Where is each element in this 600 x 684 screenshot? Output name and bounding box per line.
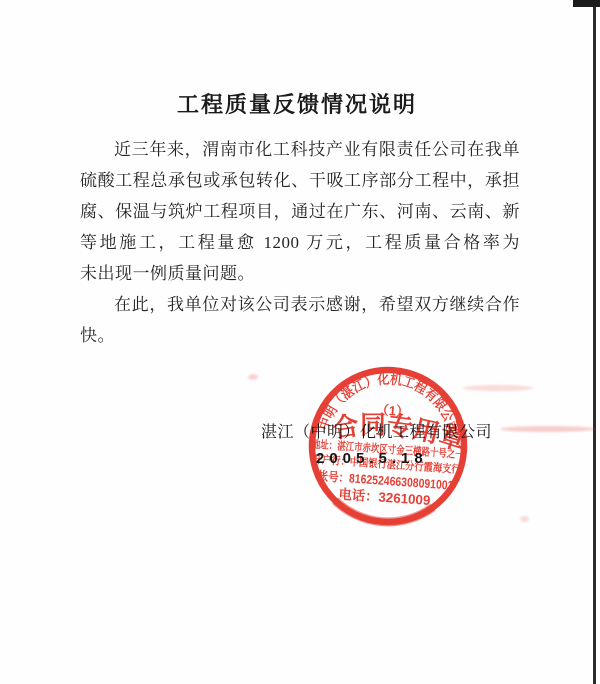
signature-date: 2005.5.18 xyxy=(316,450,428,467)
document-body: 近三年来，渭南市化工科技产业有限责任公司在我单位 硫酸工程总承包或承包转化、干吸… xyxy=(80,134,520,351)
body-line: 腐、保温与筑炉工程项目，通过在广东、河南、云南、新疆 xyxy=(80,196,520,227)
ink-smudge xyxy=(500,426,595,432)
body-line: 在此，我单位对该公司表示感谢，希望双方继续合作愉 xyxy=(80,289,520,320)
body-line: 近三年来，渭南市化工科技产业有限责任公司在我单位 xyxy=(80,134,520,165)
document-title: 工程质量反馈情况说明 xyxy=(0,88,594,119)
body-line: 未出现一例质量问题。 xyxy=(80,258,520,289)
scan-corner-mark xyxy=(573,0,600,7)
body-line: 等地施工，工程量愈 1200 万元，工程质量合格率为 100%, xyxy=(80,227,520,258)
body-line: 硫酸工程总承包或承包转化、干吸工序部分工程中，承担防 xyxy=(80,165,520,196)
company-seal-stamp: 中明（湛江）化机工程有限公司 （1） 合同专用章 地址：湛江市赤坎区寸金三横路十… xyxy=(278,336,498,556)
scanned-document-page: 工程质量反馈情况说明 近三年来，渭南市化工科技产业有限责任公司在我单位 硫酸工程… xyxy=(0,0,600,684)
ink-smudge xyxy=(248,374,258,380)
ink-smudge xyxy=(520,516,529,522)
signature-company: 湛江（中明）化机工程有限公司 xyxy=(261,419,492,442)
